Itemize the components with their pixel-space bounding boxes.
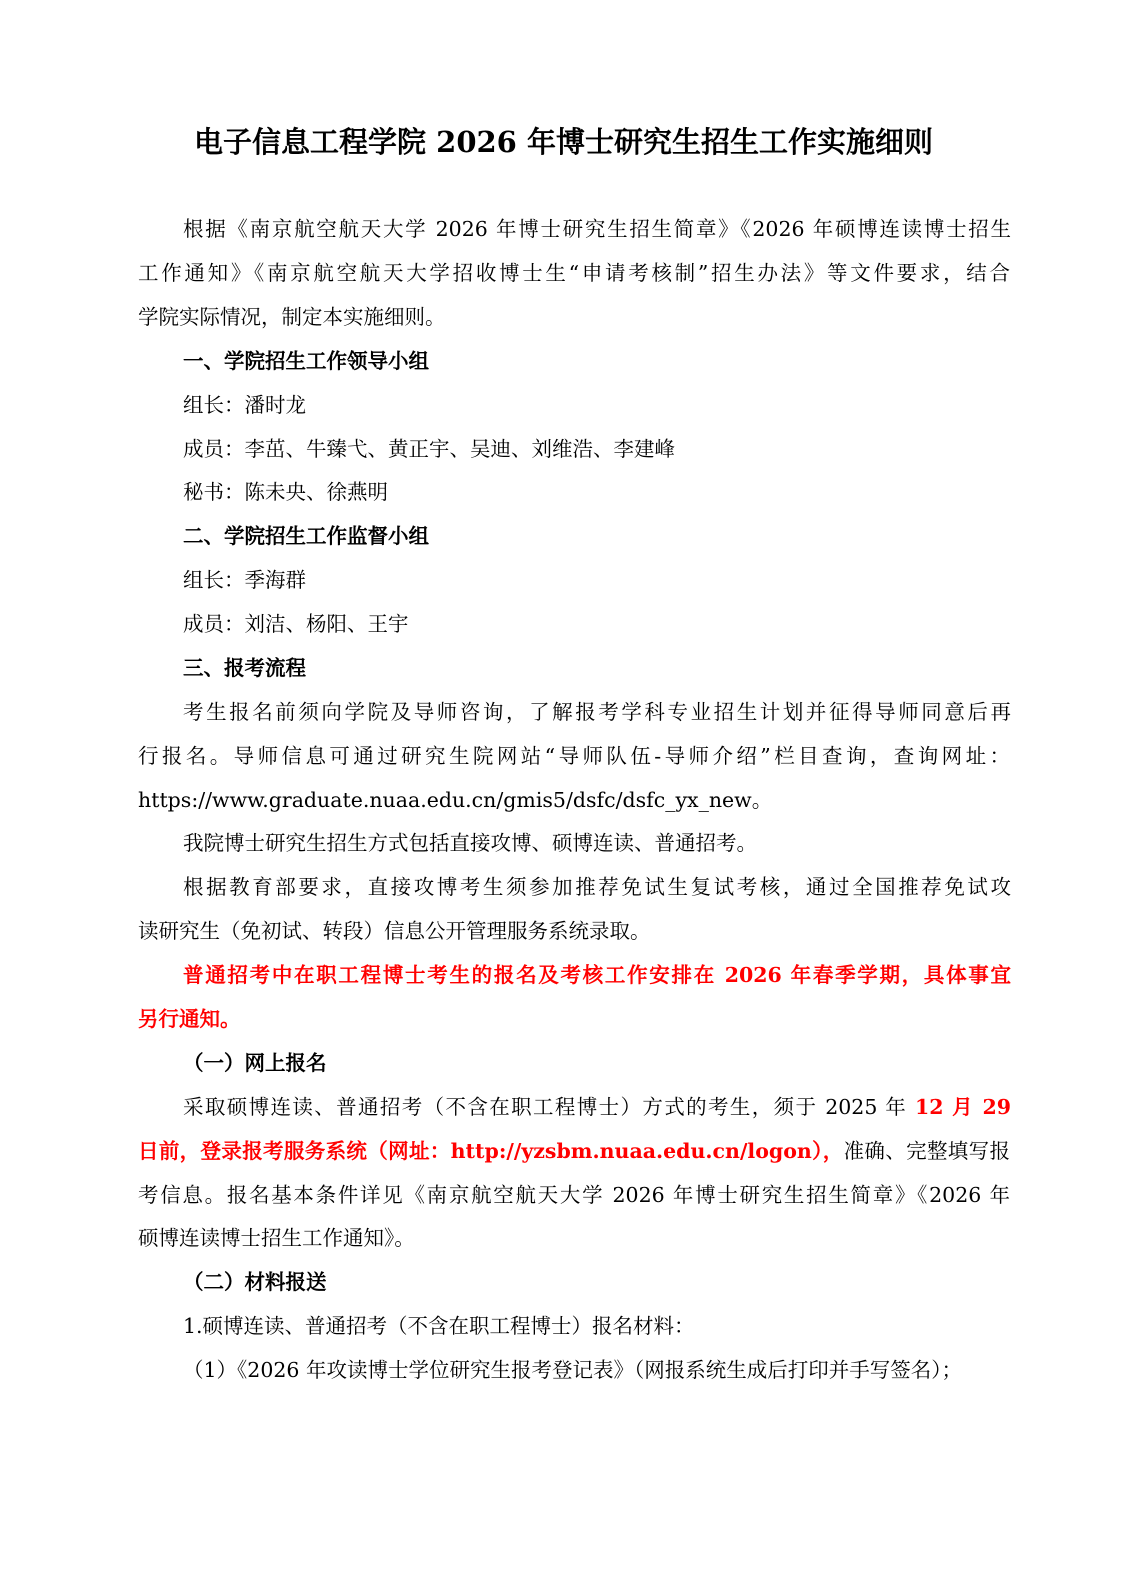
document-title: 电子信息工程学院 2026 年博士研究生招生工作实施细则 bbox=[0, 118, 1127, 166]
materials-item-1-1: （1）《2026 年攻读博士学位研究生报考登记表》（网报系统生成后打印并手写签名… bbox=[183, 1355, 1063, 1385]
section-1-leader: 组长：潘时龙 bbox=[183, 390, 1063, 420]
notice-line-1: 普通招考中在职工程博士考生的报名及考核工作安排在 2026 年春季学期，具体事宜 bbox=[183, 960, 1011, 990]
notice-line-2: 另行通知。 bbox=[138, 1004, 1018, 1034]
section-1-members: 成员：李茁、牛臻弋、黄正宇、吴迪、刘维浩、李建峰 bbox=[183, 434, 1063, 464]
section-3-para-1-line-2: 行报名。导师信息可通过研究生院网站“导师队伍-导师介绍”栏目查询，查询网址： bbox=[138, 741, 1010, 771]
online-registration-line-3: 考信息。报名基本条件详见《南京航空航天大学 2026 年博士研究生招生简章》《2… bbox=[138, 1180, 1010, 1210]
section-3-para-3-line-2: 读研究生（免初试、转段）信息公开管理服务系统录取。 bbox=[138, 916, 1018, 946]
section-3-heading: 三、报考流程 bbox=[183, 653, 1063, 683]
online-registration-line-1: 采取硕博连读、普通招考（不含在职工程博士）方式的考生，须于 2025 年 12 … bbox=[183, 1092, 1011, 1122]
intro-line-2: 工作通知》《南京航空航天大学招收博士生“申请考核制”招生办法》等文件要求，结合 bbox=[138, 258, 1010, 288]
online-registration-text-2: 准确、完整填写报 bbox=[844, 1139, 1010, 1163]
online-registration-line-2: 日前，登录报考服务系统（网址：http://yzsbm.nuaa.edu.cn/… bbox=[138, 1136, 1010, 1166]
section-1-heading: 一、学院招生工作领导小组 bbox=[183, 346, 1063, 376]
section-3-para-2: 我院博士研究生招生方式包括直接攻博、硕博连读、普通招考。 bbox=[183, 828, 1063, 858]
advisor-url: https://www.graduate.nuaa.edu.cn/gmis5/d… bbox=[138, 785, 1018, 815]
document-page: 电子信息工程学院 2026 年博士研究生招生工作实施细则 根据《南京航空航天大学… bbox=[0, 0, 1127, 1590]
deadline-date: 12 月 29 bbox=[915, 1095, 1011, 1119]
intro-line-3: 学院实际情况，制定本实施细则。 bbox=[138, 302, 1018, 332]
materials-item-1: 1.硕博连读、普通招考（不含在职工程博士）报名材料： bbox=[183, 1311, 1063, 1341]
section-2-members: 成员：刘洁、杨阳、王宇 bbox=[183, 609, 1063, 639]
registration-system-url: 日前，登录报考服务系统（网址：http://yzsbm.nuaa.edu.cn/… bbox=[138, 1139, 844, 1163]
online-registration-line-4: 硕博连读博士招生工作通知》。 bbox=[138, 1223, 1018, 1253]
section-3-para-1-line-1: 考生报名前须向学院及导师咨询，了解报考学科专业招生计划并征得导师同意后再 bbox=[183, 697, 1011, 727]
section-1-secretary: 秘书：陈未央、徐燕明 bbox=[183, 477, 1063, 507]
section-3-para-3-line-1: 根据教育部要求，直接攻博考生须参加推荐免试生复试考核，通过全国推荐免试攻 bbox=[183, 872, 1011, 902]
online-registration-text: 采取硕博连读、普通招考（不含在职工程博士）方式的考生，须于 2025 年 bbox=[183, 1095, 915, 1119]
intro-line-1: 根据《南京航空航天大学 2026 年博士研究生招生简章》《2026 年硕博连读博… bbox=[183, 214, 1011, 244]
subsection-materials-heading: （二）材料报送 bbox=[183, 1267, 1063, 1297]
section-2-leader: 组长：季海群 bbox=[183, 565, 1063, 595]
subsection-online-registration-heading: （一）网上报名 bbox=[183, 1048, 1063, 1078]
section-2-heading: 二、学院招生工作监督小组 bbox=[183, 521, 1063, 551]
